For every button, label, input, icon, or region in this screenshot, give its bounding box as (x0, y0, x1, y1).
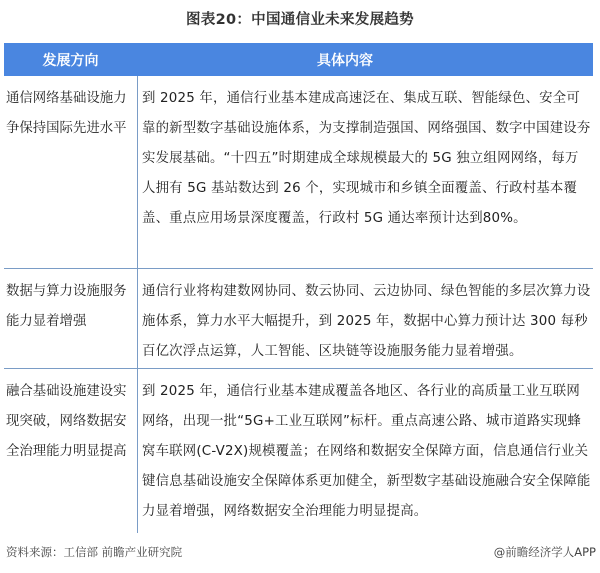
header-content: 具体内容 (137, 50, 593, 70)
direction-cell: 数据与算力设施服务能力显着增强 (4, 269, 138, 368)
footer: 资料来源：工信部 前瞻产业研究院 @前瞻经济学人APP (6, 544, 596, 560)
trend-table: 发展方向 具体内容 通信网络基础设施力争保持国际先进水平 到 2025 年，通信… (4, 43, 593, 533)
direction-cell: 融合基础设施建设实现突破，网络数据安全治理能力明显提高 (4, 369, 138, 533)
content-cell: 通信行业将构建数网协同、数云协同、云边协同、绿色智能的多层次算力设施体系，算力水… (138, 269, 593, 368)
table-row: 通信网络基础设施力争保持国际先进水平 到 2025 年，通信行业基本建成高速泛在… (4, 76, 593, 269)
source-note: 资料来源：工信部 前瞻产业研究院 (6, 544, 182, 560)
credit-note: @前瞻经济学人APP (494, 544, 596, 560)
header-direction: 发展方向 (4, 50, 137, 70)
table-row: 融合基础设施建设实现突破，网络数据安全治理能力明显提高 到 2025 年，通信行… (4, 369, 593, 533)
direction-cell: 通信网络基础设施力争保持国际先进水平 (4, 76, 138, 268)
table-header: 发展方向 具体内容 (4, 43, 593, 76)
table-row: 数据与算力设施服务能力显着增强 通信行业将构建数网协同、数云协同、云边协同、绿色… (4, 269, 593, 369)
content-cell: 到 2025 年，通信行业基本建成覆盖各地区、各行业的高质量工业互联网网络，出现… (138, 369, 593, 533)
content-cell: 到 2025 年，通信行业基本建成高速泛在、集成互联、智能绿色、安全可靠的新型数… (138, 76, 593, 268)
chart-title: 图表20：中国通信业未来发展趋势 (0, 8, 600, 30)
